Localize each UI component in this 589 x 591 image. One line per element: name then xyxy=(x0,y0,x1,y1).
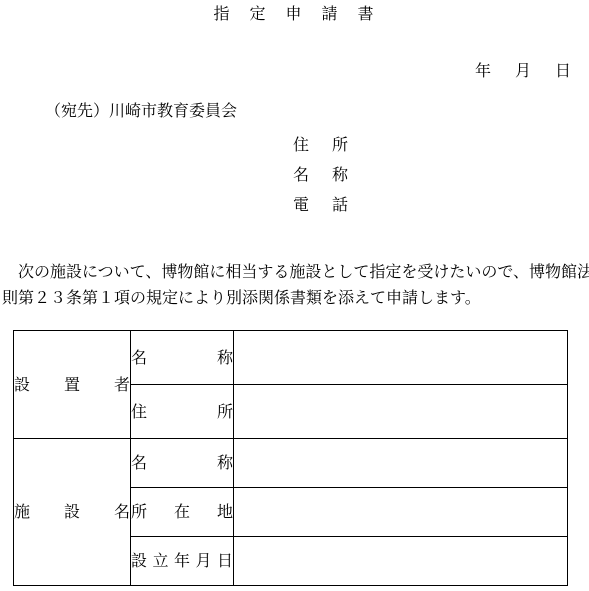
facility-name-label: 名 称 xyxy=(131,439,234,488)
facility-established-date-label: 設立年月日 xyxy=(131,537,234,586)
facility-name-value-cell[interactable] xyxy=(234,439,568,488)
applicant-phone-label: 電 話 xyxy=(293,197,352,213)
founder-address-value-cell[interactable] xyxy=(234,385,568,439)
date-line: 年 月 日 xyxy=(475,63,575,79)
table-row: 設 置 者 名 称 xyxy=(14,331,568,385)
table-row: 施 設 名 名 称 xyxy=(14,439,568,488)
body-text-line1: 次の施設について、博物館に相当する施設として指定を受けたいので、博物館法施行規 xyxy=(2,264,589,280)
applicant-address-label: 住 所 xyxy=(293,137,352,153)
founder-address-label: 住 所 xyxy=(131,385,234,439)
applicant-name-label: 名 称 xyxy=(293,167,352,183)
application-table: 設 置 者 名 称 住 所 施 設 名 名 称 所 在 地 設立年月日 xyxy=(13,330,568,586)
application-form-page: 指 定 申 請 書 年 月 日 （宛先）川崎市教育委員会 住 所 名 称 電 話… xyxy=(0,0,589,591)
founder-name-value-cell[interactable] xyxy=(234,331,568,385)
facility-group-header: 施 設 名 xyxy=(14,439,131,586)
facility-established-date-value-cell[interactable] xyxy=(234,537,568,586)
body-text-line2: 則第２３条第１項の規定により別添関係書類を添えて申請します。 xyxy=(2,290,481,306)
founder-name-label: 名 称 xyxy=(131,331,234,385)
form-title: 指 定 申 請 書 xyxy=(0,6,589,22)
applicant-block: 住 所 名 称 電 話 xyxy=(293,137,352,227)
addressee: （宛先）川崎市教育委員会 xyxy=(45,103,237,119)
facility-location-value-cell[interactable] xyxy=(234,488,568,537)
founder-group-header: 設 置 者 xyxy=(14,331,131,439)
facility-location-label: 所 在 地 xyxy=(131,488,234,537)
